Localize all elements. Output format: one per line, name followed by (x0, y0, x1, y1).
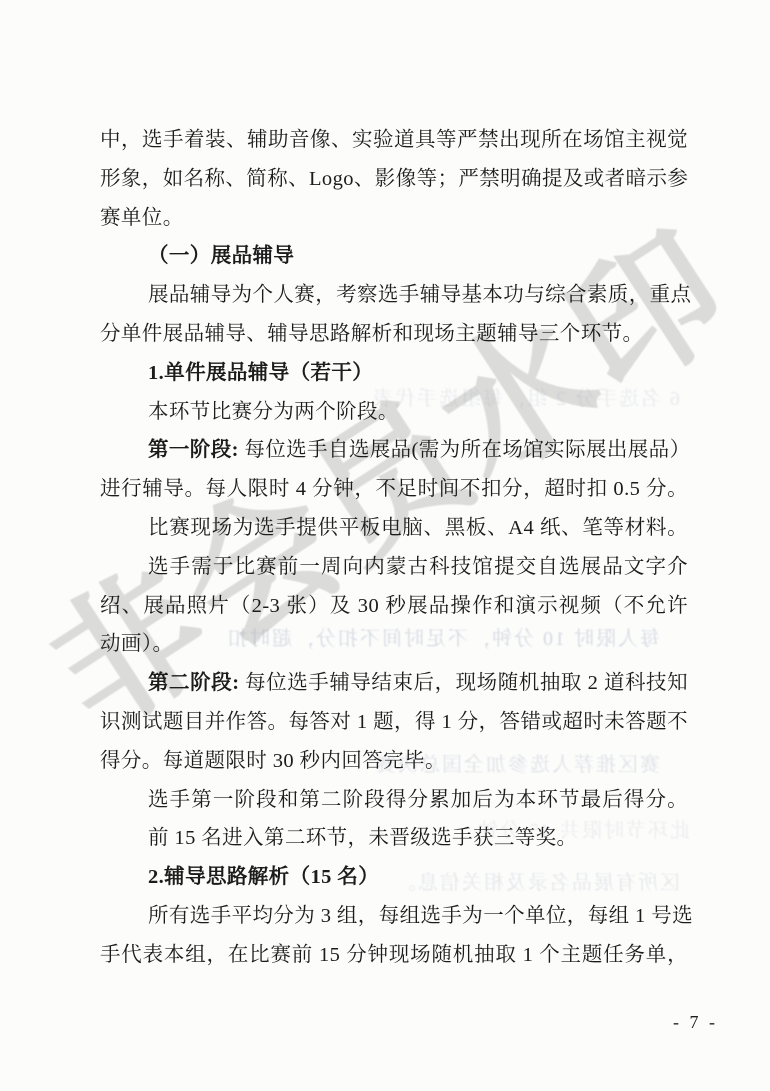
text-line-18: 选手第一阶段和第二阶段得分累加后为本环节最后得分。 (100, 781, 688, 820)
stage-1-text: 每位选手自选展品(需为所在场馆实际展出展品） (239, 439, 691, 461)
page-number: - 7 - (673, 1012, 718, 1033)
text-line-10: 进行辅导。每人限时 4 分钟，不足时间不扣分，超时扣 0.5 分。 (100, 470, 688, 509)
subheading-single-exhibit-coaching: 1.单件展品辅导（若干） (100, 354, 688, 393)
text-line-21: 所有选手平均分为 3 组，每组选手为一个单位，每组 1 号选 (100, 897, 688, 936)
text-line-1: 中，选手着装、辅助音像、实验道具等严禁出现所在场馆主视觉 (100, 121, 688, 160)
text-line-16: 识测试题目并作答。每答对 1 题，得 1 分，答错或超时未答题不 (100, 703, 688, 742)
text-line-11: 比赛现场为选手提供平板电脑、黑板、A4 纸、笔等材料。 (100, 509, 688, 548)
text-line-19: 前 15 名进入第二环节，未晋级选手获三等奖。 (100, 819, 688, 858)
text-line-8: 本环节比赛分为两个阶段。 (100, 393, 688, 432)
text-line-5: 展品辅导为个人赛，考察选手辅导基本功与综合素质，重点 (100, 276, 688, 315)
text-line-2: 形象，如名称、简称、Logo、影像等；严禁明确提及或者暗示参 (100, 160, 688, 199)
text-line-22: 手代表本组，在比赛前 15 分钟现场随机抽取 1 个主题任务单， (100, 936, 688, 975)
stage-2-paragraph: 第二阶段: 每位选手辅导结束后，现场随机抽取 2 道科技知 (100, 664, 688, 703)
text-line-3: 赛单位。 (100, 199, 688, 238)
document-page: 6 名选手分 2 组，每组选手代表 每人限时 10 分钟，不足时间不扣分，超时扣… (0, 0, 770, 1091)
stage-2-label: 第二阶段: (148, 672, 239, 694)
text-line-12: 选手需于比赛前一周向内蒙古科技馆提交自选展品文字介 (100, 548, 688, 587)
subheading-coaching-analysis: 2.辅导思路解析（15 名） (100, 858, 688, 897)
stage-1-paragraph: 第一阶段: 每位选手自选展品(需为所在场馆实际展出展品） (100, 431, 688, 470)
text-line-13: 绍、展品照片（2-3 张）及 30 秒展品操作和演示视频（不允许 (100, 587, 688, 626)
text-line-17: 得分。每道题限时 30 秒内回答完毕。 (100, 742, 688, 781)
stage-1-label: 第一阶段: (148, 439, 239, 461)
text-line-6: 分单件展品辅导、辅导思路解析和现场主题辅导三个环节。 (100, 315, 688, 354)
stage-2-text: 每位选手辅导结束后，现场随机抽取 2 道科技知 (239, 672, 688, 694)
text-line-14: 动画）。 (100, 625, 688, 664)
document-body: 中，选手着装、辅助音像、实验道具等严禁出现所在场馆主视觉 形象，如名称、简称、L… (100, 121, 688, 975)
section-heading-exhibit-coaching: （一）展品辅导 (100, 237, 688, 276)
